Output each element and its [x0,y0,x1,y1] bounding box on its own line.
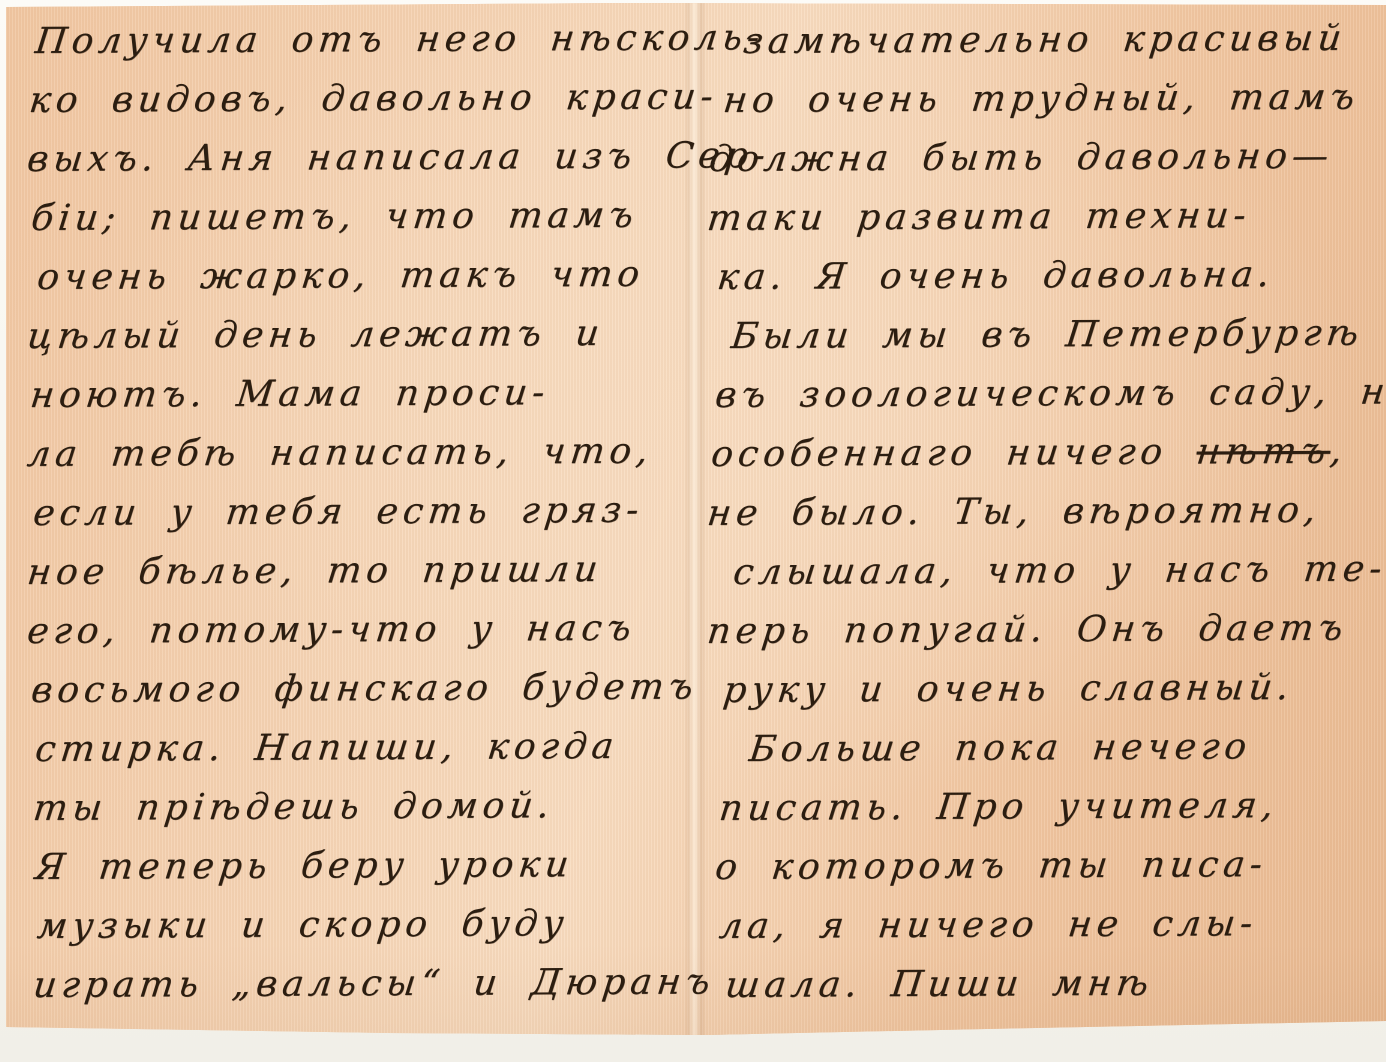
handwritten-line: его, потому-что у насъ [24,602,689,661]
handwritten-line: Больше пока нечего [704,720,1384,779]
handwritten-text: Я теперь беру уроки [32,835,577,897]
handwritten-text: его, потому-что у насъ [24,599,639,661]
handwritten-line: руку и очень славный. [704,661,1384,720]
letter-page-right: замѣчательно красивыйно очень трудный, т… [704,12,1384,1015]
handwritten-text: Были мы въ Петербургѣ [728,304,1367,366]
handwritten-line: не было. Ты, вѣроятно, [704,484,1384,543]
handwritten-text: перь попугай. Онъ даетъ [704,599,1351,661]
handwritten-line: должна быть давольно— [704,130,1384,189]
handwritten-line: замѣчательно красивый [704,12,1384,71]
handwritten-line: въ зоологическомъ саду, но [704,366,1384,425]
letter-scan: Получила отъ него нѣсколь-ко видовъ, дав… [0,0,1386,1062]
handwritten-text: стирка. Напиши, когда [32,717,622,779]
handwritten-text: ты пріѣдешь домой. [30,776,558,838]
handwritten-line: шала. Пиши мнѣ [704,956,1384,1015]
handwritten-text: если у тебя есть гряз- [30,481,647,543]
handwritten-text: таки развита техни- [704,186,1254,248]
handwritten-line: особеннаго ничего нѣтъ, [704,425,1384,484]
handwritten-line: но очень трудный, тамъ [704,71,1384,130]
handwritten-text: ное бѣлье, то пришли [24,540,606,602]
letter-page-left: Получила отъ него нѣсколь-ко видовъ, дав… [24,12,689,1015]
handwritten-line: таки развита техни- [704,189,1384,248]
handwritten-line: восьмого финскаго будетъ [24,661,689,720]
handwritten-text: выхъ. Аня написала изъ Сер- [24,126,773,189]
handwritten-line: слышала, что у насъ те- [704,543,1384,602]
handwritten-text: восьмого финскаго будетъ [28,658,701,720]
handwritten-line: о которомъ ты писа- [704,838,1384,897]
handwritten-text: ла, я ничего не слы- [716,894,1261,956]
struck-out-word: нѣтъ [1194,431,1333,473]
handwritten-text: замѣчательно красивый [740,9,1349,71]
handwritten-text: музыки и скоро буду [34,894,572,956]
handwritten-text: слышала, что у насъ те- [730,540,1386,602]
handwritten-text: руку и очень славный. [720,658,1297,720]
handwritten-line: ное бѣлье, то пришли [24,543,689,602]
handwritten-line: очень жарко, такъ что [24,248,689,307]
handwritten-line: Я теперь беру уроки [24,838,689,897]
handwritten-text: Больше пока нечего [746,717,1255,779]
handwritten-text: Получила отъ него нѣсколь- [32,8,768,71]
handwritten-line: Получила отъ него нѣсколь- [24,12,689,71]
handwritten-text: играть „вальсы“ и Дюранъ [30,952,718,1015]
handwritten-line: біи; пишетъ, что тамъ [24,189,689,248]
handwritten-text: въ зоологическомъ саду, но [712,362,1386,425]
handwritten-text: писать. Про учителя, [716,776,1282,838]
handwritten-text: ка. Я очень давольна. [714,245,1278,307]
handwritten-line: стирка. Напиши, когда [24,720,689,779]
handwritten-text: особеннаго ничего нѣтъ, [708,422,1350,484]
handwritten-text: біи; пишетъ, что тамъ [28,186,641,248]
handwritten-line: цѣлый день лежатъ и [24,307,689,366]
handwritten-line: ты пріѣдешь домой. [24,779,689,838]
handwritten-line: играть „вальсы“ и Дюранъ [24,956,689,1015]
handwritten-text: шала. Пиши мнѣ [722,954,1157,1015]
handwritten-line: выхъ. Аня написала изъ Сер- [24,130,689,189]
handwritten-line: перь попугай. Онъ даетъ [704,602,1384,661]
handwritten-text: ко видовъ, давольно краси- [26,67,721,130]
handwritten-text: очень жарко, такъ что [34,245,648,307]
handwritten-line: ко видовъ, давольно краси- [24,71,689,130]
handwritten-text: ноютъ. Мама проси- [27,363,553,425]
handwritten-text: должна быть давольно— [706,127,1337,189]
handwritten-line: ла тебѣ написать, что, [24,425,689,484]
handwritten-line: ла, я ничего не слы- [704,897,1384,956]
handwritten-text: не было. Ты, вѣроятно, [704,481,1324,543]
handwritten-text: о которомъ ты писа- [712,835,1270,897]
handwritten-text: ла тебѣ написать, что, [24,422,656,484]
handwritten-line: музыки и скоро буду [24,897,689,956]
handwritten-line: ка. Я очень давольна. [704,248,1384,307]
handwritten-line: если у тебя есть гряз- [24,484,689,543]
handwritten-text: но очень трудный, тамъ [720,68,1363,130]
handwritten-text: цѣлый день лежатъ и [24,304,607,366]
handwritten-line: ноютъ. Мама проси- [24,366,689,425]
handwritten-line: писать. Про учителя, [704,779,1384,838]
handwritten-line: Были мы въ Петербургѣ [704,307,1384,366]
